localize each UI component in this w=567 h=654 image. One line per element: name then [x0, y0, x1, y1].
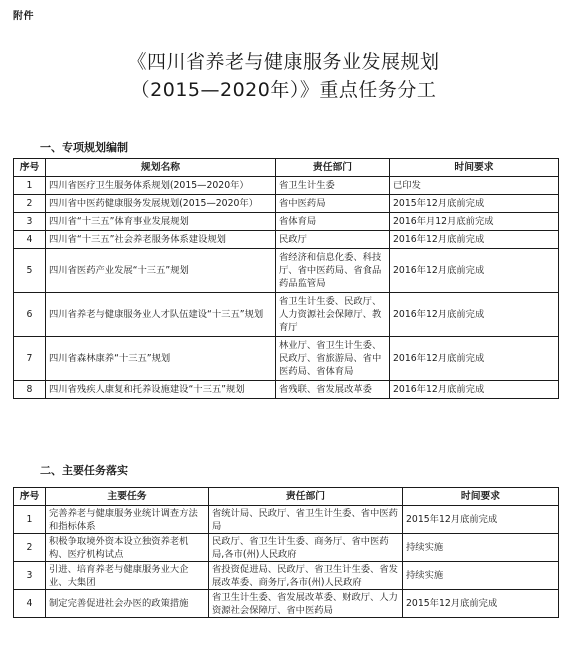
row-no: 1 — [14, 177, 46, 195]
row-time: 2016年12月底前完成 — [390, 231, 559, 249]
row-dept: 省投资促进局、民政厅、省卫生计生委、省发展改革委、商务厅,各市(州)人民政府 — [209, 562, 403, 590]
row-no: 2 — [14, 534, 46, 562]
header-task: 主要任务 — [46, 488, 209, 506]
row-no: 2 — [14, 195, 46, 213]
row-dept: 省残联、省发展改革委 — [276, 381, 390, 399]
header-plan-name: 规划名称 — [46, 159, 276, 177]
row-plan-name: 四川省医疗卫生服务体系规划(2015—2020年） — [46, 177, 276, 195]
row-dept: 民政厅 — [276, 231, 390, 249]
row-time: 已印发 — [390, 177, 559, 195]
table-row: 3 四川省“十三五”体育事业发展规划 省体育局 2016年月12月底前完成 — [14, 213, 559, 231]
table-row: 8 四川省残疾人康复和托养设施建设“十三五”规划 省残联、省发展改革委 2016… — [14, 381, 559, 399]
table-row: 7 四川省森林康养“十三五”规划 林业厅、省卫生计生委、民政厅、省旅游局、省中医… — [14, 337, 559, 381]
row-time: 2016年12月底前完成 — [390, 249, 559, 293]
row-plan-name: 四川省医药产业发展“十三五”规划 — [46, 249, 276, 293]
row-time: 2015年12月底前完成 — [390, 195, 559, 213]
row-task: 制定完善促进社会办医的政策措施 — [46, 590, 209, 618]
row-task: 引进、培育养老与健康服务业大企业、大集团 — [46, 562, 209, 590]
row-dept: 民政厅、省卫生计生委、商务厅、省中医药局,各市(州)人民政府 — [209, 534, 403, 562]
row-no: 3 — [14, 213, 46, 231]
row-dept: 省卫生计生委、民政厅、人力资源社会保障厅、教育厅 — [276, 293, 390, 337]
row-dept: 省统计局、民政厅、省卫生计生委、省中医药局 — [209, 506, 403, 534]
row-plan-name: 四川省“十三五”体育事业发展规划 — [46, 213, 276, 231]
row-no: 4 — [14, 590, 46, 618]
row-dept: 省卫生计生委 — [276, 177, 390, 195]
header-time: 时间要求 — [390, 159, 559, 177]
section2-heading: 二、主要任务落实 — [40, 462, 128, 478]
row-dept: 省卫生计生委、省发展改革委、财政厅、人力资源社会保障厅、省中医药局 — [209, 590, 403, 618]
row-plan-name: 四川省养老与健康服务业人才队伍建设“十三五”规划 — [46, 293, 276, 337]
row-time: 2016年12月底前完成 — [390, 381, 559, 399]
attachment-label: 附件 — [13, 7, 34, 22]
table-row: 6 四川省养老与健康服务业人才队伍建设“十三五”规划 省卫生计生委、民政厅、人力… — [14, 293, 559, 337]
row-time: 2016年月12月底前完成 — [390, 213, 559, 231]
table-row: 4 四川省“十三五”社会养老服务体系建设规划 民政厅 2016年12月底前完成 — [14, 231, 559, 249]
header-time: 时间要求 — [403, 488, 559, 506]
table-row: 4 制定完善促进社会办医的政策措施 省卫生计生委、省发展改革委、财政厅、人力资源… — [14, 590, 559, 618]
row-no: 1 — [14, 506, 46, 534]
table-row: 5 四川省医药产业发展“十三五”规划 省经济和信息化委、科技厅、省中医药局、省食… — [14, 249, 559, 293]
table-row: 1 四川省医疗卫生服务体系规划(2015—2020年） 省卫生计生委 已印发 — [14, 177, 559, 195]
row-no: 5 — [14, 249, 46, 293]
row-no: 4 — [14, 231, 46, 249]
table-row: 2 积极争取境外资本设立独资养老机构、医疗机构试点 民政厅、省卫生计生委、商务厅… — [14, 534, 559, 562]
row-no: 6 — [14, 293, 46, 337]
row-no: 3 — [14, 562, 46, 590]
header-no: 序号 — [14, 488, 46, 506]
row-dept: 林业厅、省卫生计生委、民政厅、省旅游局、省中医药局、省体育局 — [276, 337, 390, 381]
header-dept: 责任部门 — [209, 488, 403, 506]
table-row: 2 四川省中医药健康服务发展规划(2015—2020年） 省中医药局 2015年… — [14, 195, 559, 213]
row-time: 2016年12月底前完成 — [390, 293, 559, 337]
section1-heading: 一、专项规划编制 — [40, 139, 128, 155]
row-time: 2016年12月底前完成 — [390, 337, 559, 381]
row-dept: 省经济和信息化委、科技厅、省中医药局、省食品药品监管局 — [276, 249, 390, 293]
row-plan-name: 四川省森林康养“十三五”规划 — [46, 337, 276, 381]
header-dept: 责任部门 — [276, 159, 390, 177]
row-dept: 省体育局 — [276, 213, 390, 231]
table-row: 1 完善养老与健康服务业统计调查方法和指标体系 省统计局、民政厅、省卫生计生委、… — [14, 506, 559, 534]
row-time: 持续实施 — [403, 562, 559, 590]
row-plan-name: 四川省残疾人康复和托养设施建设“十三五”规划 — [46, 381, 276, 399]
table-row: 3 引进、培育养老与健康服务业大企业、大集团 省投资促进局、民政厅、省卫生计生委… — [14, 562, 559, 590]
table-header-row: 序号 规划名称 责任部门 时间要求 — [14, 159, 559, 177]
row-task: 完善养老与健康服务业统计调查方法和指标体系 — [46, 506, 209, 534]
row-no: 7 — [14, 337, 46, 381]
row-dept: 省中医药局 — [276, 195, 390, 213]
row-time: 2015年12月底前完成 — [403, 590, 559, 618]
document-title-line2: （2015—2020年）》重点任务分工 — [0, 75, 567, 102]
row-no: 8 — [14, 381, 46, 399]
table-header-row: 序号 主要任务 责任部门 时间要求 — [14, 488, 559, 506]
row-time: 持续实施 — [403, 534, 559, 562]
document-title-line1: 《四川省养老与健康服务业发展规划 — [0, 47, 567, 74]
row-plan-name: 四川省中医药健康服务发展规划(2015—2020年） — [46, 195, 276, 213]
row-time: 2015年12月底前完成 — [403, 506, 559, 534]
special-plans-table: 序号 规划名称 责任部门 时间要求 1 四川省医疗卫生服务体系规划(2015—2… — [13, 158, 559, 399]
main-tasks-table: 序号 主要任务 责任部门 时间要求 1 完善养老与健康服务业统计调查方法和指标体… — [13, 487, 559, 618]
row-plan-name: 四川省“十三五”社会养老服务体系建设规划 — [46, 231, 276, 249]
header-no: 序号 — [14, 159, 46, 177]
row-task: 积极争取境外资本设立独资养老机构、医疗机构试点 — [46, 534, 209, 562]
